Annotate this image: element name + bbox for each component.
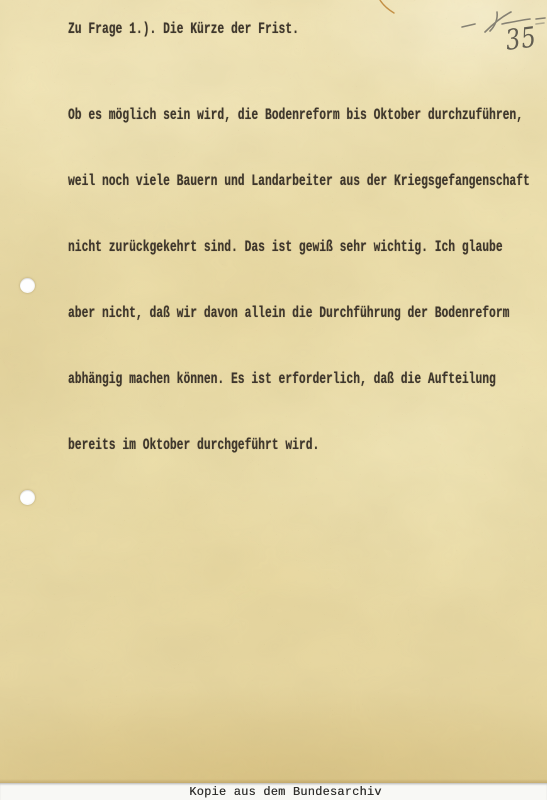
paper-sheet: 35 Zu Frage 1.). Die Kürze der Frist. Ob…: [0, 0, 547, 783]
paragraph-line: nicht zurückgekehrt sind. Das ist gewiß …: [68, 236, 547, 258]
scanned-archive-page: 35 Zu Frage 1.). Die Kürze der Frist. Ob…: [0, 0, 547, 800]
paragraph-line: bereits im Oktober durchgeführt wird.: [68, 434, 547, 456]
punch-hole-top: [20, 278, 35, 293]
scratch-mark: [377, 0, 399, 16]
paragraph-line: weil noch viele Bauern und Landarbeiter …: [68, 170, 547, 192]
document-heading: Zu Frage 1.). Die Kürze der Frist.: [68, 18, 547, 40]
archive-caption: Kopie aus dem Bundesarchiv: [0, 784, 547, 800]
document-paragraph: Ob es möglich sein wird, die Bodenreform…: [68, 60, 547, 500]
paragraph-line: aber nicht, daß wir davon allein die Dur…: [68, 302, 547, 324]
archive-footer-strip: Kopie aus dem Bundesarchiv: [0, 783, 547, 800]
paragraph-line: Ob es möglich sein wird, die Bodenreform…: [68, 104, 547, 126]
paragraph-line: abhängig machen können. Es ist erforderl…: [68, 368, 547, 390]
punch-hole-bottom: [20, 490, 35, 505]
